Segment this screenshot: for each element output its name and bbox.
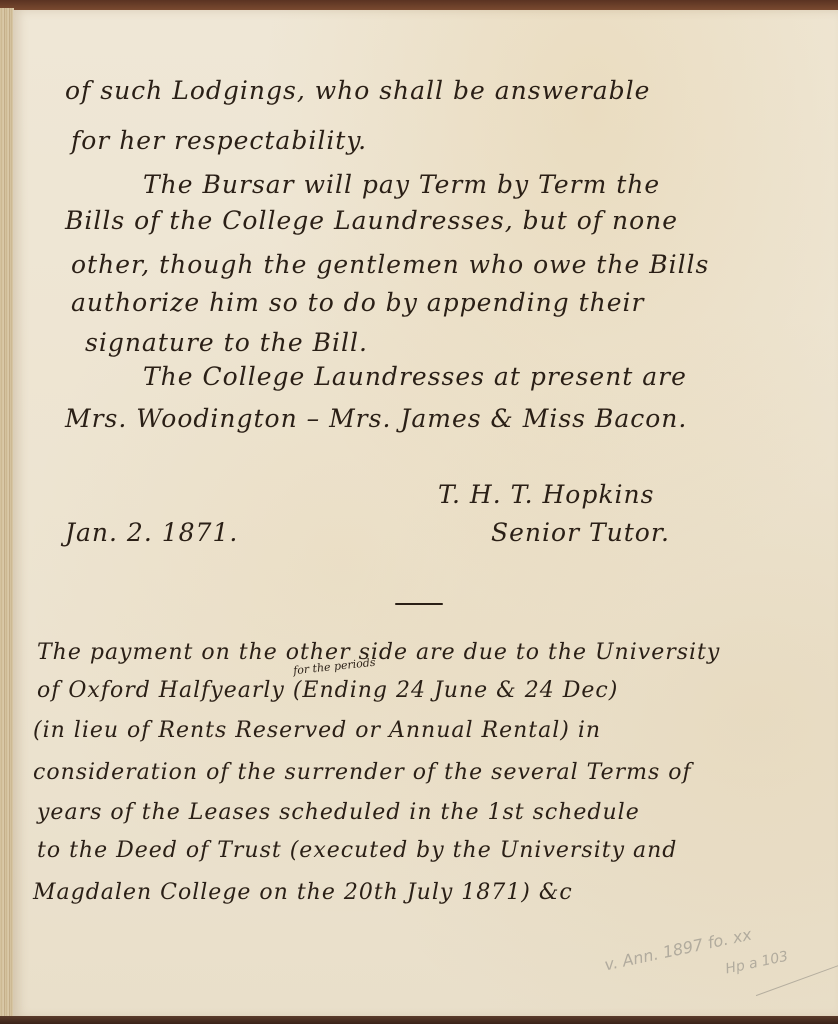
- text-line: consideration of the surrender of the se…: [33, 760, 692, 785]
- text-line: other, though the gentlemen who owe the …: [71, 250, 709, 279]
- signature-title: Senior Tutor.: [491, 518, 670, 547]
- text-line: of such Lodgings, who shall be answerabl…: [65, 76, 650, 105]
- text-line: The Bursar will pay Term by Term the: [143, 170, 660, 199]
- text-line: of Oxford Halfyearly (Ending 24 June & 2…: [37, 678, 618, 703]
- book-binding-bottom: [0, 1016, 838, 1024]
- text-line: authorize him so to do by appending thei…: [71, 288, 645, 317]
- text-line: Mrs. Woodington – Mrs. James & Miss Baco…: [65, 404, 687, 433]
- date-text: Jan. 2. 1871.: [65, 518, 238, 547]
- section-divider: [395, 603, 443, 605]
- text-line: for her respectability.: [71, 126, 367, 155]
- text-line: The payment on the other side are due to…: [37, 640, 720, 665]
- signature-name: T. H. T. Hopkins: [438, 480, 654, 509]
- text-line: Bills of the College Laundresses, but of…: [65, 206, 678, 235]
- page-edges: [0, 8, 14, 1018]
- text-line: to the Deed of Trust (executed by the Un…: [37, 838, 677, 863]
- text-line: The College Laundresses at present are: [143, 362, 687, 391]
- text-line: signature to the Bill.: [85, 328, 368, 357]
- manuscript-page: of such Lodgings, who shall be answerabl…: [13, 10, 838, 1018]
- book-binding-top: [0, 0, 838, 10]
- text-line: years of the Leases scheduled in the 1st…: [37, 800, 640, 825]
- pencil-note-reference: Hp a 103: [724, 949, 790, 978]
- text-line: Magdalen College on the 20th July 1871) …: [33, 880, 573, 905]
- text-line: (in lieu of Rents Reserved or Annual Ren…: [33, 718, 601, 743]
